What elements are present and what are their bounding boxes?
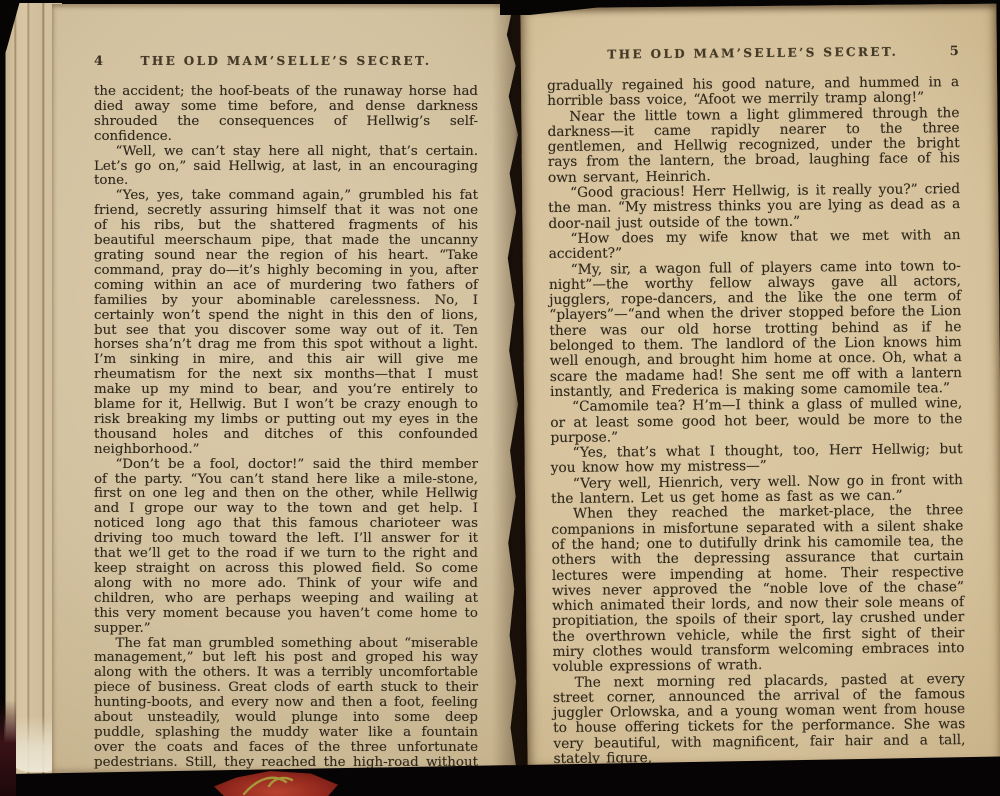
paragraph: The next morning red placards, pasted at… <box>553 672 966 768</box>
left-page-header: 4 THE OLD MAM’SELLE’S SECRET. <box>94 54 478 69</box>
left-page-content: 4 THE OLD MAM’SELLE’S SECRET. the accide… <box>94 54 478 796</box>
right-page-content: THE OLD MAM’SELLE’S SECRET. 5 gradually … <box>547 44 966 767</box>
right-page: THE OLD MAM’SELLE’S SECRET. 5 gradually … <box>520 4 1000 771</box>
left-page: 4 THE OLD MAM’SELLE’S SECRET. the accide… <box>52 4 518 774</box>
paragraph: “Good gracious! Herr Hellwig, is it real… <box>548 182 960 232</box>
fabric-shadow <box>0 700 16 796</box>
left-page-number: 4 <box>94 54 140 69</box>
left-page-text: the accident; the hoof-beats of the runa… <box>94 85 478 796</box>
paragraph: “How does my wife know that we met with … <box>549 228 961 263</box>
right-page-number: 5 <box>913 44 959 59</box>
paragraph: When they reached the market-place, the … <box>551 503 965 675</box>
paragraph: “Well, we can’t stay here all night, tha… <box>94 145 478 190</box>
paragraph: “Yes, yes, take command again,” grumbled… <box>94 189 478 457</box>
paragraph: “My, sir, a wagon full of players came i… <box>549 259 962 401</box>
paragraph: “Yes, that’s what I thought, too, Herr H… <box>551 442 963 477</box>
book-photo: 4 THE OLD MAM’SELLE’S SECRET. the accide… <box>0 0 1000 796</box>
running-title-left: THE OLD MAM’SELLE’S SECRET. <box>140 54 432 68</box>
paragraph: the accident; the hoof-beats of the runa… <box>94 85 478 145</box>
paragraph: “Don’t be a fool, doctor!” said the thir… <box>94 458 478 637</box>
running-title-right: THE OLD MAM’SELLE’S SECRET. <box>593 45 913 62</box>
paragraph: gradually regained his good nature, and … <box>547 75 959 110</box>
right-page-header: THE OLD MAM’SELLE’S SECRET. 5 <box>547 44 959 63</box>
paragraph: Near the little town a light glimmered t… <box>547 106 960 186</box>
paragraph: “Camomile tea? H’m—I think a glass of mu… <box>550 396 962 446</box>
right-page-text: gradually regained his good nature, and … <box>547 75 966 767</box>
